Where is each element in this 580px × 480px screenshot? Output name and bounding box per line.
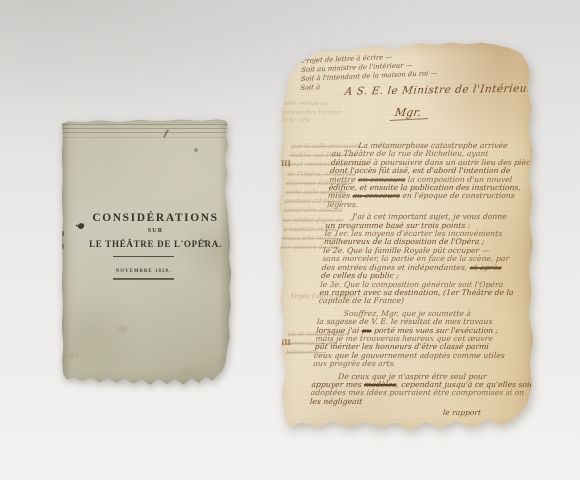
address-line: A S. E. le Ministre de l'Intérieur — xyxy=(344,82,548,98)
stain xyxy=(180,368,194,376)
line-text: la sagesse de V. E. le résultat de mes t… xyxy=(317,317,494,326)
manuscript-body-line: mais je me trouverais heureux que cet œu… xyxy=(315,335,514,343)
margin-line: de la ville xyxy=(280,117,342,126)
salutation: Mgr. xyxy=(394,106,422,119)
line-text: mettre xyxy=(329,175,358,184)
pamphlet-title: CONSIDÉRATIONS xyxy=(84,212,227,224)
pencil-mark xyxy=(63,353,79,359)
pamphlet-paper: CONSIDÉRATIONS SUR LE THÉÂTRE DE L'OPÉRA… xyxy=(62,118,231,385)
manuscript-body-line: le 3e. Que la composition générale soit … xyxy=(320,281,519,289)
fold-crease xyxy=(62,128,231,129)
manuscript-body-line: J'ai à cet important sujet, je vous donn… xyxy=(326,213,525,221)
binding-stitch xyxy=(61,231,64,236)
line-text: le 1er. les moyens d'écarter les inconvé… xyxy=(324,229,502,238)
line-text xyxy=(538,158,539,167)
line-text: capitale de la France) xyxy=(318,296,404,305)
photo-scene: CONSIDÉRATIONS SUR LE THÉÂTRE DE L'OPÉRA… xyxy=(0,0,580,480)
struck-text: et après xyxy=(469,263,502,272)
struck-text: au concours xyxy=(352,191,400,200)
stain xyxy=(194,148,198,152)
manuscript-body-line: mettre en concours la composition d'un n… xyxy=(329,176,528,184)
fold-crease xyxy=(62,132,231,133)
manuscript-body-line: la sagesse de V. E. le résultat de mes t… xyxy=(317,318,516,326)
manuscript-body-line: légères. xyxy=(327,201,526,209)
pamphlet-title-block: CONSIDÉRATIONS SUR LE THÉÂTRE DE L'OPÉRA… xyxy=(84,212,227,279)
fold-crease xyxy=(62,124,231,125)
line-text: les négligeait xyxy=(310,397,363,406)
manuscript-body-line: capitale de la France) xyxy=(318,297,517,305)
struck-text xyxy=(538,158,539,167)
line-text: légères. xyxy=(327,200,359,209)
closing-line: le rapport xyxy=(443,408,482,417)
manuscript-body-line: adoptées mes idées pourraient être compr… xyxy=(310,389,509,397)
letter-body: La métamorphose catastrophe arrivéeau Th… xyxy=(310,138,531,406)
line-text: déterminé à poursuivre dans un autre lie… xyxy=(330,158,539,167)
line-text: la composition d'un nouvel xyxy=(405,175,513,184)
line-text: adoptées mes idées pourraient être compr… xyxy=(310,388,524,397)
pamphlet-cover: CONSIDÉRATIONS SUR LE THÉÂTRE DE L'OPÉRA… xyxy=(62,118,231,385)
pamphlet-subtitle: LE THÉÂTRE DE L'OPÉRA. xyxy=(84,239,227,249)
manuscript-page: note remise aubureau des travauxde la vi… xyxy=(277,42,533,432)
fold-crease xyxy=(62,137,231,138)
stain xyxy=(118,326,128,332)
manuscript-body-line: des entrées dignes et indépendantes, et … xyxy=(321,264,520,272)
line-text: en l'époque de constructions xyxy=(400,191,516,200)
line-text: des entrées dignes et indépendantes, xyxy=(321,263,470,272)
manuscript-body-line: aux progrès des arts. xyxy=(313,360,512,368)
manuscript-paper: note remise aubureau des travauxde la vi… xyxy=(277,42,533,432)
struck-text: en concours xyxy=(358,175,406,184)
manuscript-body-line: les négligeait xyxy=(310,398,509,406)
manuscript-body-line: De ceux que je n'aspire être seul pour xyxy=(312,373,511,381)
margin-line: bureau des travaux xyxy=(281,109,343,118)
margin-line: note remise au xyxy=(281,100,343,109)
pamphlet-title-sur: SUR xyxy=(84,228,227,234)
binding-stitch xyxy=(61,244,64,249)
line-text: le 3e. Que la composition générale soit … xyxy=(320,280,504,289)
manuscript-body-line: le 1er. les moyens d'écarter les inconvé… xyxy=(324,230,523,238)
line-text: mais je me trouverais heureux que cet œu… xyxy=(315,334,493,343)
manuscript-body-line: déterminé à poursuivre dans un autre lie… xyxy=(330,159,529,167)
line-text: aux progrès des arts. xyxy=(313,359,396,368)
line-text: J'ai à cet important sujet, je vous donn… xyxy=(352,212,508,221)
margin-note-top: note remise aubureau des travauxde la vi… xyxy=(280,100,343,126)
pamphlet-imprint: NOVEMBRE 1820. xyxy=(116,269,172,274)
line-text: De ceux que je n'aspire être seul pour xyxy=(338,372,487,381)
pamphlet-imprint-box: NOVEMBRE 1820. xyxy=(113,256,175,279)
